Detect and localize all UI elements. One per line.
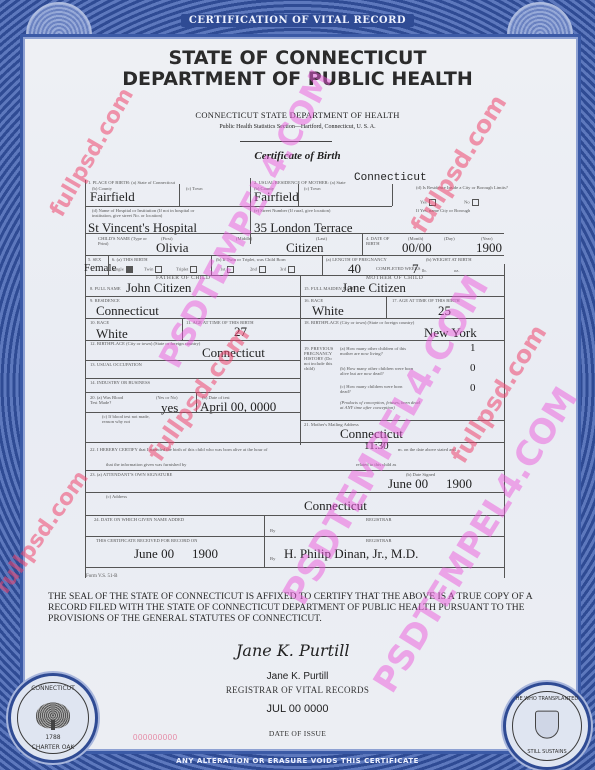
grid-line xyxy=(386,296,387,318)
label-children-dead: (b) How many other children were born al… xyxy=(340,366,420,376)
form-number: Form V.S. 51-B xyxy=(86,574,118,579)
label-related: related to this child as xyxy=(356,462,396,467)
label-prev-history: 19. PREVIOUS PREGNANCY HISTORY (Do not i… xyxy=(304,346,334,371)
born-dead: 0 xyxy=(470,382,476,394)
banner-top: CERTIFICATION OF VITAL RECORD xyxy=(0,15,595,26)
option-single: Single xyxy=(112,266,135,273)
grid-line xyxy=(179,184,180,206)
serial-number: 000000000 xyxy=(133,733,178,742)
birth-county: Fairfield xyxy=(90,189,135,205)
father-name: John Citizen xyxy=(126,280,191,296)
label-hospital: (d) Name of Hospital or Institution (If … xyxy=(92,208,212,218)
mother-age: 25 xyxy=(438,303,451,319)
seal-right-bottom: STILL SUSTAINS xyxy=(506,749,588,755)
father-residence: Connecticut xyxy=(96,303,159,319)
label-city-limits: (d) Is Residence Inside a City or Boroug… xyxy=(416,185,508,190)
label-father-birthplace: 12. BIRTHPLACE (City or town) (State or … xyxy=(90,341,200,346)
grid-line xyxy=(250,178,251,244)
checkbox-triplet[interactable] xyxy=(190,266,197,273)
option-twin: Twin xyxy=(144,266,164,273)
mother-birthplace: New York xyxy=(424,325,477,341)
label-if-yes: If Yes, name City or Borough xyxy=(416,208,470,213)
label-occupation: 13. USUAL OCCUPATION xyxy=(90,362,142,367)
grid-line xyxy=(211,255,212,275)
certificate-title: Certificate of Birth xyxy=(0,150,595,162)
received-year: 1900 xyxy=(192,546,218,562)
label-info-furnished: that the information given was furnished… xyxy=(106,462,186,467)
seal-right-top: HE WHO TRANSPLANTED xyxy=(506,696,588,702)
checkbox-2nd[interactable] xyxy=(259,266,266,273)
label-certify: 22. I HEREBY CERTIFY that I attended the… xyxy=(90,447,267,452)
checkbox-3rd[interactable] xyxy=(288,266,295,273)
grid-line xyxy=(86,412,300,413)
grid-line xyxy=(86,318,300,319)
label-oz: oz. xyxy=(454,268,459,273)
label-given-name-added: 24. DATE ON WHICH GIVEN NAME ADDED xyxy=(94,517,184,522)
label-blood-not-made: (c) If blood test not made, reason why n… xyxy=(102,414,152,424)
label-residence: 2. USUAL RESIDENCE OF MOTHER: (a) State xyxy=(254,180,346,185)
label-address: (c) Address xyxy=(106,494,127,499)
birth-record-form: 1. PLACE OF BIRTH: (a) State of Connecti… xyxy=(86,170,504,580)
date-of-birth: 00/00 xyxy=(402,240,432,256)
label-industry: 14. INDUSTRY OR BUSINESS xyxy=(90,380,150,385)
date-signed: June 00 xyxy=(388,476,428,492)
registrar-signature-script: Jane K. Purtill xyxy=(236,641,349,660)
label-weight: (b) WEIGHT AT BIRTH xyxy=(426,257,472,262)
grid-line xyxy=(86,392,300,393)
label-father-name: 8. FULL NAME xyxy=(90,286,121,291)
blood-test-value: yes xyxy=(161,400,178,416)
label-children-living: (a) How many other children of this moth… xyxy=(340,346,420,356)
residence-state: Connecticut xyxy=(354,172,427,184)
seal-left-bottom: CHARTER OAK xyxy=(11,744,95,751)
grid-line xyxy=(86,567,504,568)
mother-race: White xyxy=(312,303,344,319)
charter-oak-seal: CONNECTICUT 1788 CHARTER OAK xyxy=(8,673,98,763)
checkbox-yes[interactable] xyxy=(429,199,436,206)
single-text: Single xyxy=(112,267,124,272)
label-born-order: (b) If Twin or Triplet, was Child Born xyxy=(216,257,286,262)
twin-text: Twin xyxy=(144,267,153,272)
tree-trunk-icon xyxy=(51,720,55,730)
child-first-name: Olivia xyxy=(156,240,189,256)
yes-text: Yes xyxy=(420,200,427,205)
option-2nd: 2nd xyxy=(250,266,268,273)
label-street: (e) Street Number (If rural, give locati… xyxy=(254,208,330,213)
grid-line xyxy=(322,255,323,275)
label-town: (c) Town xyxy=(186,186,203,191)
label-certify-tail: m. on the date above stated and xyxy=(398,447,456,452)
second-text: 2nd xyxy=(250,267,257,272)
title-department: DEPARTMENT OF PUBLIC HEALTH xyxy=(0,68,595,90)
option-triplet: Triplet xyxy=(176,266,199,273)
grapevine-shield-icon xyxy=(535,711,559,739)
attestation-text: THE SEAL OF THE STATE OF CONNECTICUT IS … xyxy=(48,591,548,624)
grid-line xyxy=(298,184,299,206)
label-yes: Yes xyxy=(420,199,438,206)
residence-county: Fairfield xyxy=(254,189,299,205)
label-lb: lb. xyxy=(422,268,427,273)
checkbox-single[interactable] xyxy=(126,266,133,273)
date-signed-year: 1900 xyxy=(446,476,472,492)
grid-line xyxy=(86,275,504,276)
child-last-name: Citizen xyxy=(286,240,324,256)
seal-left-year: 1788 xyxy=(11,734,95,741)
label-day: (Day) xyxy=(444,236,455,241)
banner-bottom: ANY ALTERATION OR ERASURE VOIDS THIS CER… xyxy=(0,757,595,765)
mother-name: Jane Citizen xyxy=(342,280,406,296)
children-dead: 0 xyxy=(470,362,476,374)
banner-top-text: CERTIFICATION OF VITAL RECORD xyxy=(181,14,414,27)
grid-line xyxy=(196,392,197,412)
birth-year: 1900 xyxy=(476,240,502,256)
grid-line xyxy=(108,255,109,275)
first-text: 1st xyxy=(220,267,225,272)
option-3rd: 3rd xyxy=(280,266,297,273)
label-no: No xyxy=(464,199,481,206)
grid-line xyxy=(86,378,300,379)
grid-line xyxy=(362,233,363,255)
label-received: THIS CERTIFICATE RECEIVED FOR RECORD ON xyxy=(96,538,197,543)
title-state: STATE OF CONNECTICUT xyxy=(0,47,595,69)
label-place-of-birth: 1. PLACE OF BIRTH: (a) State of Connecti… xyxy=(88,180,175,185)
label-blood-test: 20. (a) Was Blood Test Made? xyxy=(90,395,130,405)
no-text: No xyxy=(464,200,470,205)
grid-line xyxy=(182,318,183,340)
children-living: 1 xyxy=(470,342,476,354)
father-age: 27 xyxy=(234,324,247,340)
label-registrar-2: REGISTRAR xyxy=(366,538,392,543)
attendant-address: Connecticut xyxy=(304,498,367,514)
received-date: June 00 xyxy=(134,546,174,562)
form-border xyxy=(504,264,505,578)
label-fetal-note: (Products of conception, fetuses, born d… xyxy=(340,400,420,410)
seal-left-top: CONNECTICUT xyxy=(11,685,95,692)
father-birthplace: Connecticut xyxy=(202,345,265,361)
grid-line xyxy=(86,206,392,207)
grid-line xyxy=(86,470,504,471)
label-father-race: 10. RACE xyxy=(90,320,109,325)
grid-line xyxy=(86,255,504,256)
label-res-town: (c) Town xyxy=(304,186,321,191)
grid-line xyxy=(86,233,504,234)
grid-line xyxy=(86,296,300,297)
grid-line xyxy=(300,420,504,421)
section-name: Public Health Statistics Section—Hartfor… xyxy=(0,124,595,130)
label-by-2: By xyxy=(270,556,275,561)
checkbox-twin[interactable] xyxy=(155,266,162,273)
checkbox-no[interactable] xyxy=(472,199,479,206)
grid-line xyxy=(86,515,504,516)
third-text: 3rd xyxy=(280,267,286,272)
label-born-dead: (c) How many children were born dead? xyxy=(340,384,410,394)
grid-line xyxy=(86,492,504,493)
grid-line xyxy=(392,184,393,206)
label-child-name: CHILD'S NAME (Type or Print) xyxy=(98,236,148,246)
grid-line xyxy=(300,340,504,341)
label-middle: (Middle) xyxy=(236,236,252,241)
label-attendant: 23. (a) ATTENDANT'S OWN SIGNATURE xyxy=(90,472,172,477)
label-by-1: By xyxy=(270,528,275,533)
label-registrar-1: REGISTRAR xyxy=(366,517,392,522)
grid-line xyxy=(86,536,504,537)
grid-line xyxy=(300,318,504,319)
birth-hour: 11:30 xyxy=(364,440,389,452)
dept-name: CONNECTICUT STATE DEPARTMENT OF HEALTH xyxy=(0,110,595,120)
triplet-text: Triplet xyxy=(176,267,188,272)
form-border xyxy=(85,180,86,578)
checkbox-1st[interactable] xyxy=(227,266,234,273)
label-dob: 4. DATE OF BIRTH xyxy=(366,236,396,246)
grid-line xyxy=(264,515,265,567)
registrar-signature: H. Philip Dinan, Jr., M.D. xyxy=(284,546,418,562)
label-this-birth: 6. (a) THIS BIRTH xyxy=(112,257,148,262)
grid-line xyxy=(86,442,504,443)
option-1st: 1st xyxy=(220,266,236,273)
grid-line xyxy=(300,296,504,297)
grid-line xyxy=(86,360,300,361)
divider xyxy=(240,141,332,142)
registrar-name: Jane K. Purtill xyxy=(0,671,595,682)
label-mother-birthplace: 18. BIRTHPLACE (City or town) (State or … xyxy=(304,320,414,325)
